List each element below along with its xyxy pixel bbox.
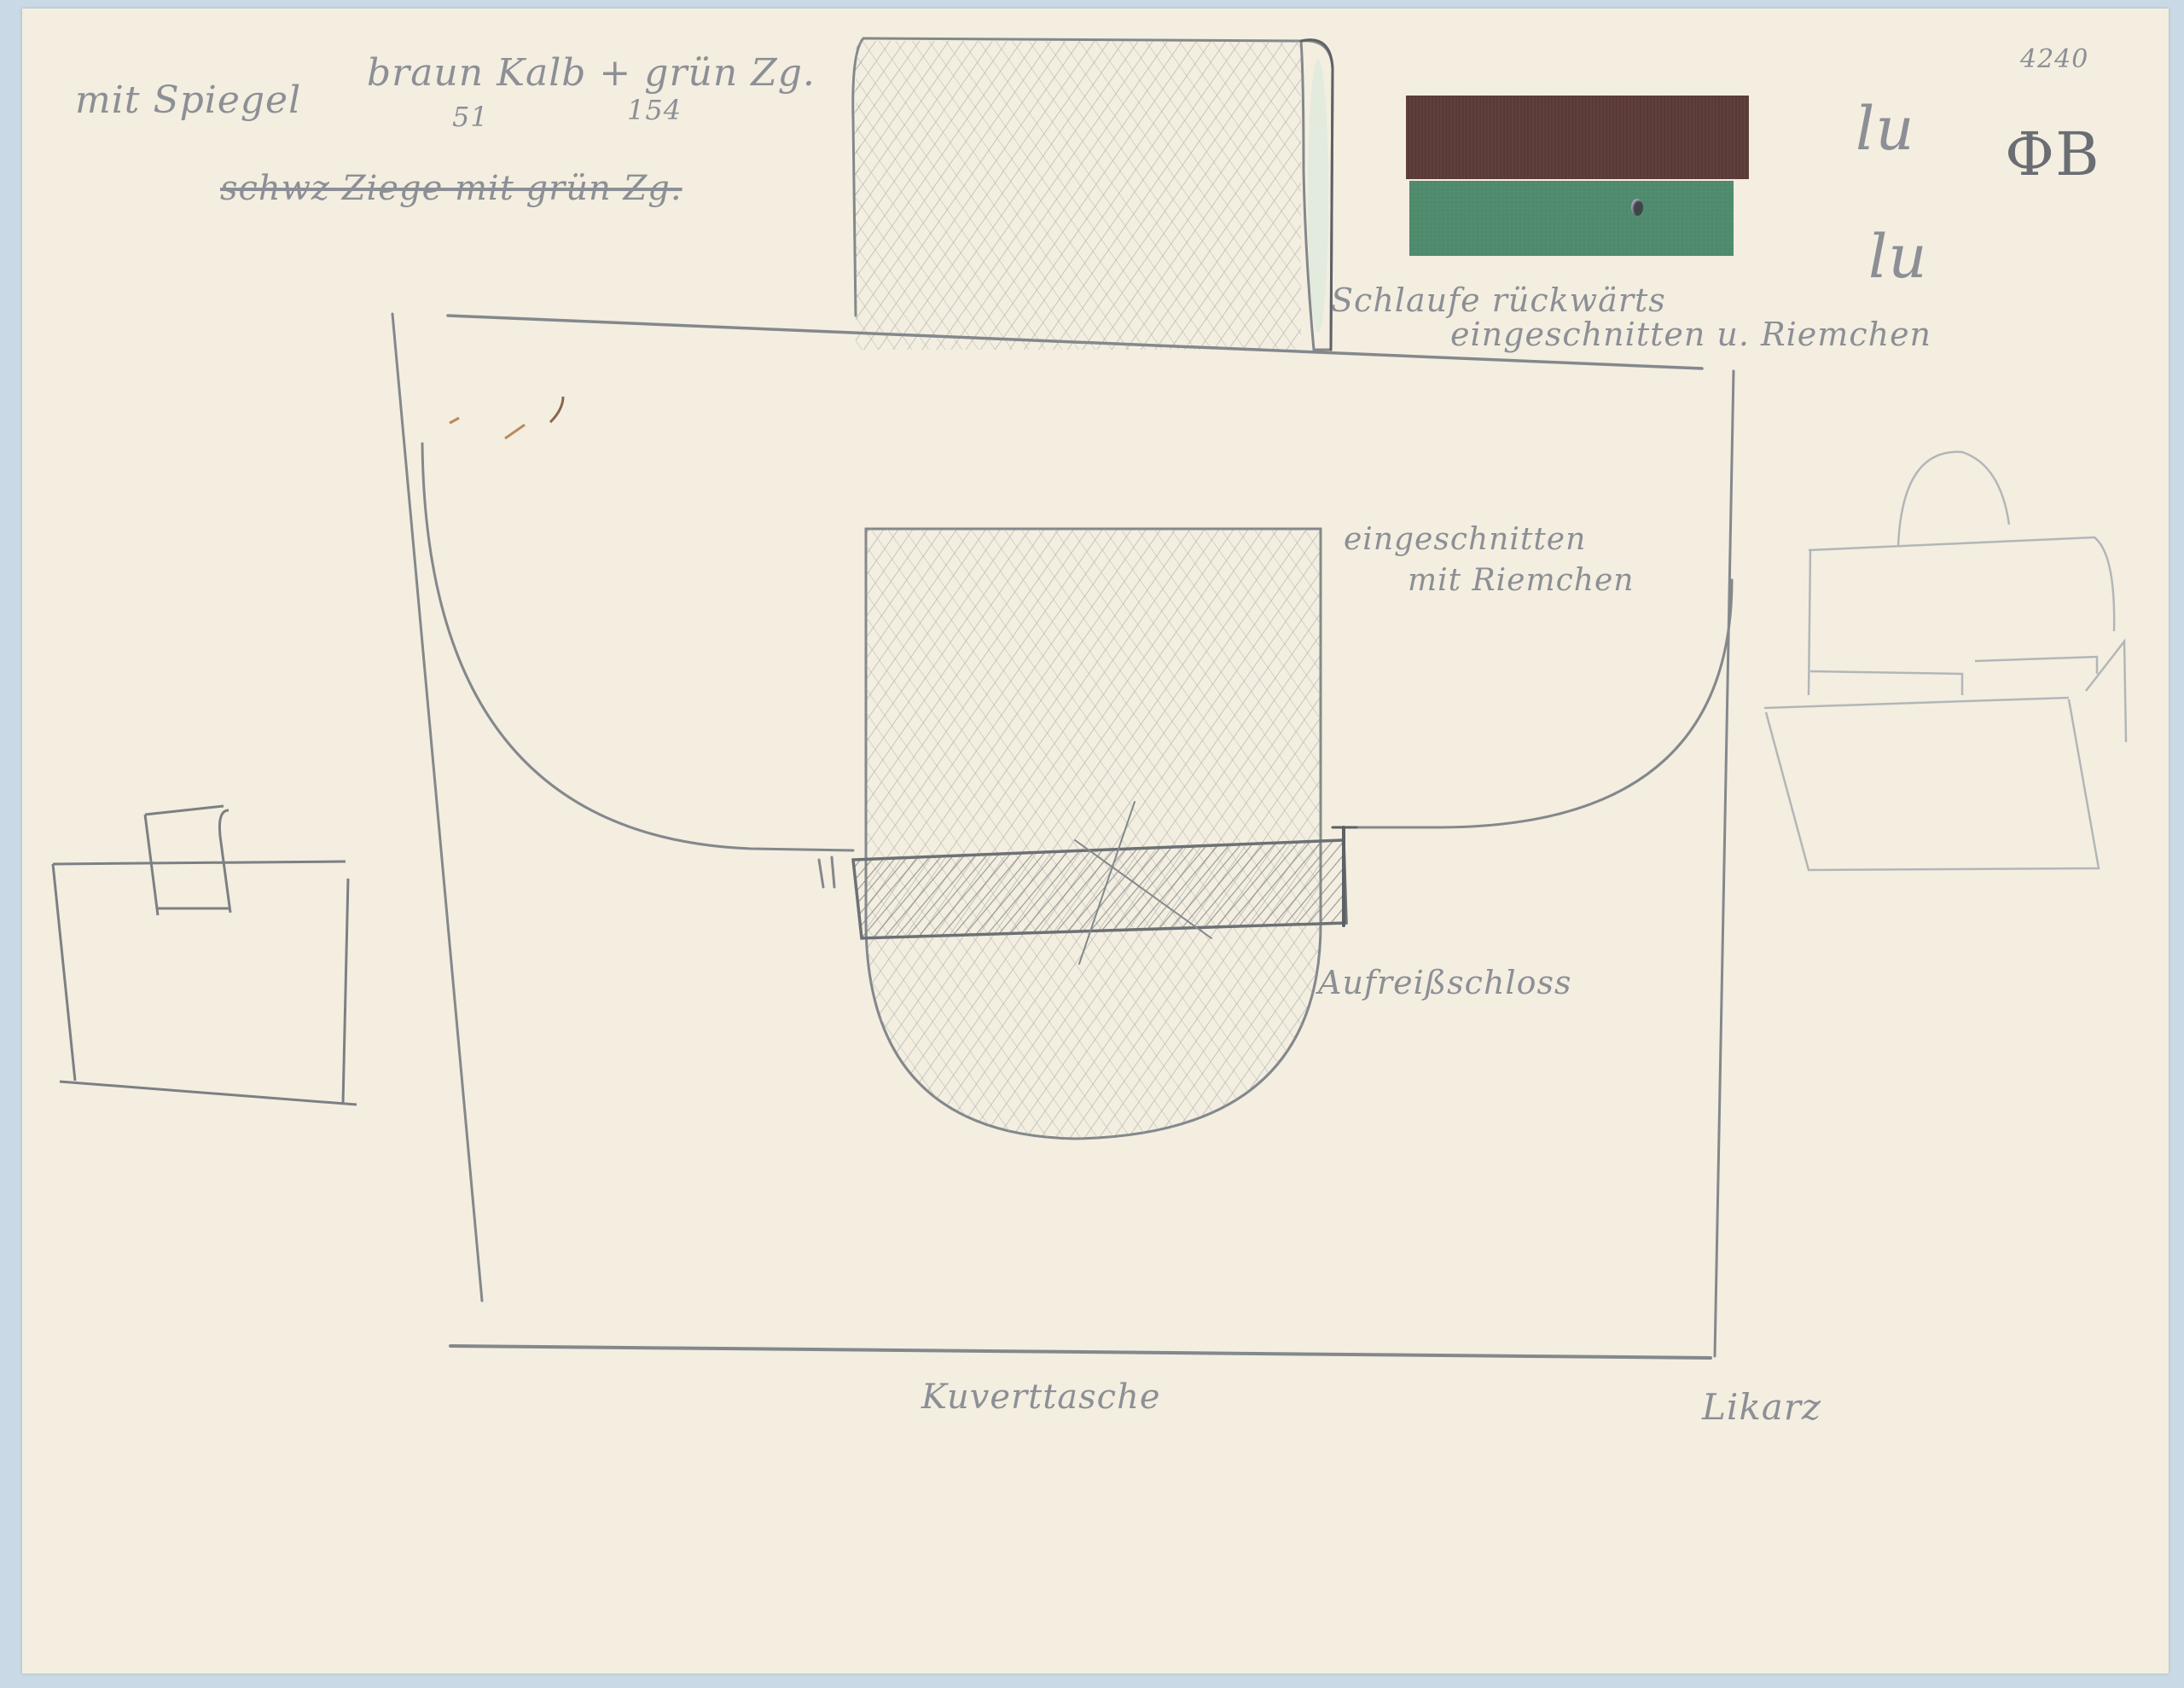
bag-type-label: Kuverttasche bbox=[921, 1378, 1161, 1417]
struck-note: schwz Ziege mit grün Zg. bbox=[220, 169, 682, 208]
color-note: braun Kalb + grün Zg. bbox=[367, 51, 816, 95]
small-bag-sketch-left bbox=[53, 806, 357, 1105]
small-bag-sketch-right bbox=[1764, 452, 2126, 870]
catalog-number: 4240 bbox=[2020, 44, 2088, 74]
initials-mark-1: lu bbox=[1856, 94, 1914, 164]
color-code-green: 154 bbox=[627, 94, 682, 126]
sketch-drawing bbox=[0, 0, 2184, 1688]
strap-note-line2: mit Riemchen bbox=[1408, 563, 1634, 598]
rivet-icon bbox=[1631, 199, 1643, 216]
loop-note-line1: Schlaufe rückwärts bbox=[1331, 281, 1666, 319]
closure-note: Aufreißschloss bbox=[1318, 964, 1571, 1001]
strap-note-line1: eingeschnitten bbox=[1344, 522, 1586, 557]
brown-leather-swatch bbox=[1406, 96, 1749, 179]
initials-mark-2: lu bbox=[1868, 222, 1927, 292]
mirror-note: mit Spiegel bbox=[75, 78, 301, 122]
stain-marks bbox=[450, 397, 563, 438]
color-code-brown: 51 bbox=[452, 101, 489, 133]
signature: Likarz bbox=[1702, 1386, 1821, 1428]
green-leather-swatch bbox=[1409, 181, 1734, 256]
initials-mark-3: ФB bbox=[2005, 119, 2100, 189]
loop-note-line2: eingeschnitten u. Riemchen bbox=[1450, 316, 1931, 353]
